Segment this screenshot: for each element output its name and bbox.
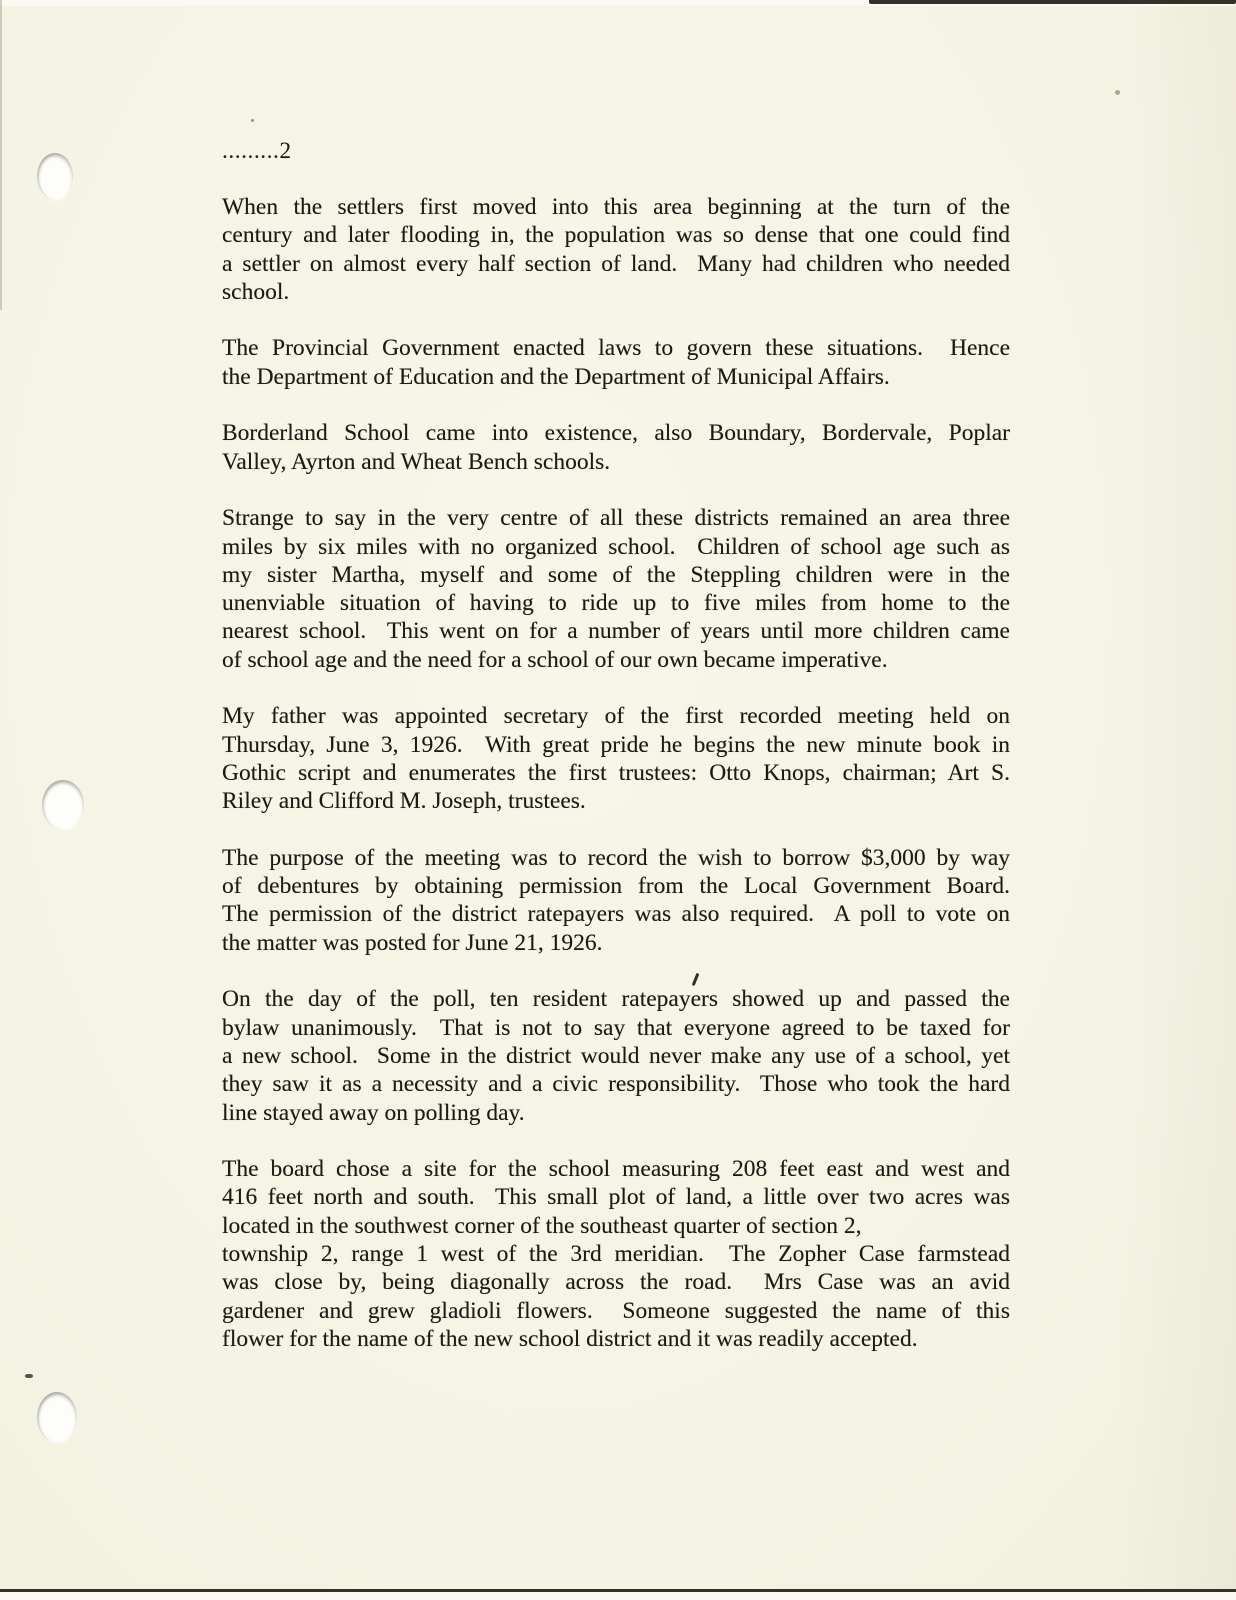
paragraph-line: line stayed away on polling day. (222, 1099, 1010, 1127)
paragraph-line: gardener and grew gladioli flowers. Some… (222, 1297, 1010, 1325)
hole-punch-top (37, 153, 73, 200)
paragraph-line: of school age and the need for a school … (222, 646, 1010, 674)
paragraph-line: a settler on almost every half section o… (222, 250, 1010, 278)
document-body: When the settlers first moved into this … (222, 193, 1010, 1353)
paragraph-line: school. (222, 278, 1010, 306)
paragraph-line: When the settlers first moved into this … (222, 193, 1010, 221)
paragraph-line: Valley, Ayrton and Wheat Bench schools. (222, 448, 1010, 476)
paper-speck (251, 119, 254, 122)
paragraph-line: Borderland School came into existence, a… (222, 419, 1010, 447)
paragraph-line: located in the southwest corner of the s… (222, 1212, 1010, 1240)
paragraph-line: Thursday, June 3, 1926. With great pride… (222, 731, 1010, 759)
paragraph-line: 416 feet north and south. This small plo… (222, 1183, 1010, 1211)
paragraph-line: century and later flooding in, the popul… (222, 221, 1010, 249)
paragraph-line: unenviable situation of having to ride u… (222, 589, 1010, 617)
paragraph-line: The Provincial Government enacted laws t… (222, 334, 1010, 362)
paragraph-line: My father was appointed secretary of the… (222, 702, 1010, 730)
paragraph-line: township 2, range 1 west of the 3rd meri… (222, 1240, 1010, 1268)
paragraph: My father was appointed secretary of the… (222, 702, 1010, 815)
paragraph-line: Strange to say in the very centre of all… (222, 504, 1010, 532)
paragraph-line: Riley and Clifford M. Joseph, trustees. (222, 787, 1010, 815)
paragraph: Borderland School came into existence, a… (222, 419, 1010, 476)
paragraph: The Provincial Government enacted laws t… (222, 334, 1010, 391)
hole-punch-bottom (37, 1392, 77, 1443)
paragraph-line: Gothic script and enumerates the first t… (222, 759, 1010, 787)
paragraph-line: a new school. Some in the district would… (222, 1042, 1010, 1070)
paragraph-line: bylaw unanimously. That is not to say th… (222, 1014, 1010, 1042)
paper-speck (25, 1374, 33, 1378)
scan-edge-left (0, 0, 2, 310)
paper-speck (1115, 90, 1120, 95)
paragraph: Strange to say in the very centre of all… (222, 504, 1010, 674)
paragraph-line: The permission of the district ratepayer… (222, 900, 1010, 928)
paragraph-line: nearest school. This went on for a numbe… (222, 617, 1010, 645)
page-number: .........2 (222, 137, 292, 165)
scan-edge-top-dark (869, 0, 1236, 4)
paragraph-line: miles by six miles with no organized sch… (222, 533, 1010, 561)
paragraph-line: The purpose of the meeting was to record… (222, 844, 1010, 872)
paragraph-line: they saw it as a necessity and a civic r… (222, 1070, 1010, 1098)
paragraph-line: the matter was posted for June 21, 1926. (222, 929, 1010, 957)
paragraph-line: was close by, being diagonally across th… (222, 1268, 1010, 1296)
paragraph-line: the Department of Education and the Depa… (222, 363, 1010, 391)
paragraph: On the day of the poll, ten resident rat… (222, 985, 1010, 1126)
paragraph-line: On the day of the poll, ten resident rat… (222, 985, 1010, 1013)
paragraph: The purpose of the meeting was to record… (222, 844, 1010, 957)
paragraph: The board chose a site for the school me… (222, 1155, 1010, 1353)
scan-edge-bottom-white (0, 1592, 1236, 1600)
scanned-page: .........2 When the settlers first moved… (0, 0, 1236, 1600)
paragraph: When the settlers first moved into this … (222, 193, 1010, 306)
paragraph-line: The board chose a site for the school me… (222, 1155, 1010, 1183)
hole-punch-middle (42, 780, 84, 830)
paragraph-line: my sister Martha, myself and some of the… (222, 561, 1010, 589)
paragraph-line: flower for the name of the new school di… (222, 1325, 1010, 1353)
paragraph-line: of debentures by obtaining permission fr… (222, 872, 1010, 900)
